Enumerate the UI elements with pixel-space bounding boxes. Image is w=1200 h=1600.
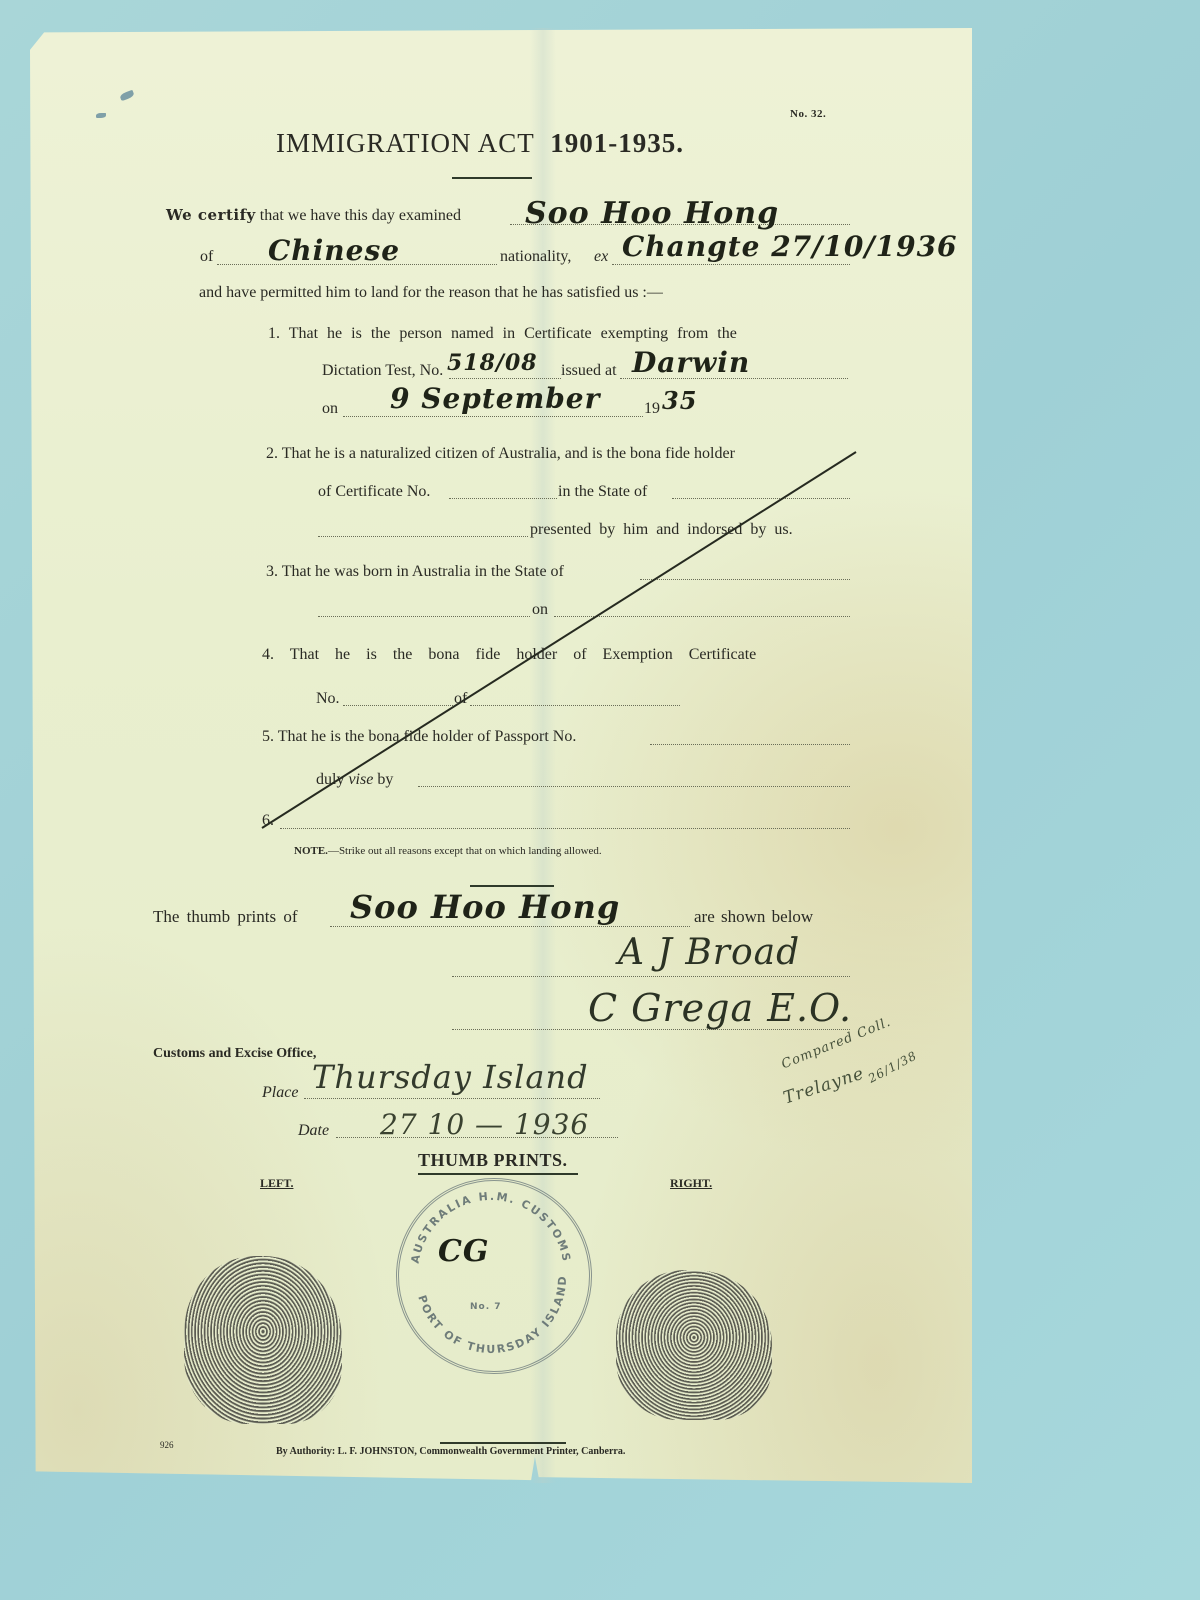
customs-stamp-text: AUSTRALIA H.M. CUSTOMS PORT OF THURSDAY … [396, 1178, 586, 1368]
signature-1: A J Broad [618, 932, 800, 973]
right-thumb-label: RIGHT. [670, 1176, 712, 1191]
svg-text:PORT OF THURSDAY ISLAND: PORT OF THURSDAY ISLAND [415, 1274, 569, 1356]
thumbprints-name-field [330, 926, 690, 927]
note-label: NOTE. [294, 845, 328, 857]
note-rule [470, 885, 554, 887]
thumb-prints-rule [418, 1173, 578, 1175]
place-label: Place [262, 1084, 298, 1102]
thumb-prints-title: THUMB PRINTS. [418, 1150, 568, 1171]
office-label: Customs and Excise Office, [153, 1046, 316, 1062]
note: NOTE.—Strike out all reasons except that… [294, 845, 602, 857]
thumbprints-lead: The thumb prints of [153, 907, 298, 927]
thumbprints-tail: are shown below [694, 907, 813, 927]
signature-2: C Grega E.O. [588, 986, 852, 1030]
print-number: 926 [160, 1440, 174, 1450]
place-value: Thursday Island [312, 1058, 589, 1096]
stamp-number: No. 7 [470, 1302, 502, 1312]
date-value: 27 10 — 1936 [380, 1108, 589, 1141]
svg-text:AUSTRALIA H.M. CUSTOMS: AUSTRALIA H.M. CUSTOMS [409, 1190, 574, 1265]
right-thumbprint [616, 1270, 772, 1420]
printer-authority: By Authority: L. F. JOHNSTON, Commonweal… [276, 1446, 625, 1457]
place-field [304, 1098, 600, 1099]
left-thumb-label: LEFT. [260, 1176, 293, 1191]
date-label: Date [298, 1122, 329, 1140]
thumbprints-name: Soo Hoo Hong [350, 888, 620, 926]
note-text: —Strike out all reasons except that on w… [328, 845, 602, 857]
strike-out-line [0, 0, 1200, 1600]
signature-line-1 [452, 976, 850, 977]
left-thumbprint [184, 1256, 342, 1424]
footer-rule [440, 1442, 566, 1444]
stamp-initials: CG [438, 1234, 490, 1269]
